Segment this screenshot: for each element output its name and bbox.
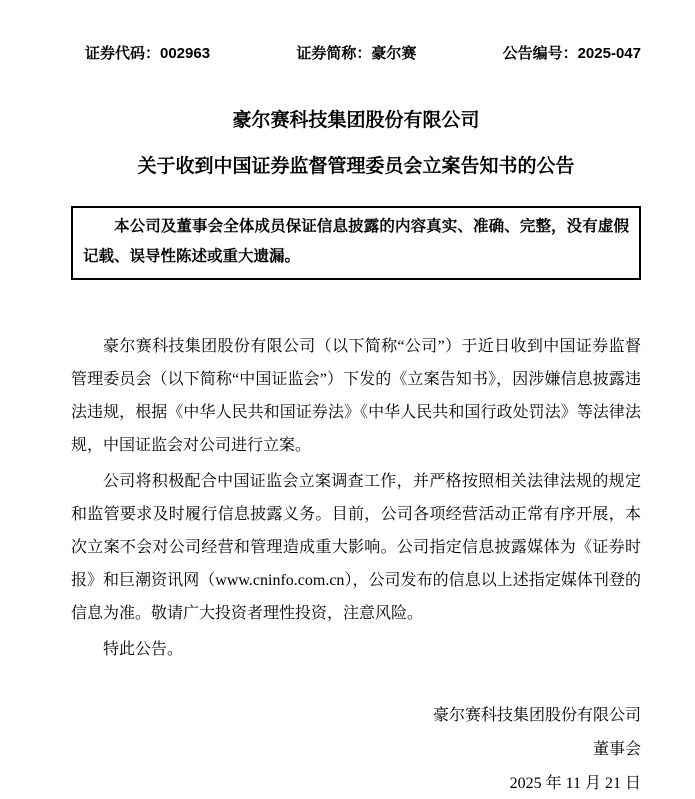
stock-code: 证券代码：002963 xyxy=(85,44,210,63)
signature-board: 董事会 xyxy=(71,733,641,767)
document-header-row: 证券代码：002963 证券简称：豪尔赛 公告编号：2025-047 xyxy=(71,44,641,63)
announcement-subtitle: 关于收到中国证券监督管理委员会立案告知书的公告 xyxy=(71,155,641,179)
body-paragraph-1: 豪尔赛科技集团股份有限公司（以下简称“公司”）于近日收到中国证券监督管理委员会（… xyxy=(71,330,641,462)
signature-date: 2025 年 11 月 21 日 xyxy=(71,767,641,799)
body-paragraph-2: 公司将积极配合中国证监会立案调查工作，并严格按照相关法律法规的规定和监管要求及时… xyxy=(71,465,641,630)
announcement-number: 公告编号：2025-047 xyxy=(503,44,641,63)
announcement-page: 证券代码：002963 证券简称：豪尔赛 公告编号：2025-047 豪尔赛科技… xyxy=(0,0,695,799)
disclaimer-text: 本公司及董事会全体成员保证信息披露的内容真实、准确、完整，没有虚假记载、误导性陈… xyxy=(83,212,629,272)
document-body: 豪尔赛科技集团股份有限公司（以下简称“公司”）于近日收到中国证券监督管理委员会（… xyxy=(71,330,641,666)
signature-block: 豪尔赛科技集团股份有限公司 董事会 2025 年 11 月 21 日 xyxy=(71,699,641,799)
company-title: 豪尔赛科技集团股份有限公司 xyxy=(71,109,641,133)
closing-paragraph: 特此公告。 xyxy=(71,633,641,666)
signature-company: 豪尔赛科技集团股份有限公司 xyxy=(71,699,641,733)
stock-name: 证券简称：豪尔赛 xyxy=(296,44,416,63)
disclaimer-box: 本公司及董事会全体成员保证信息披露的内容真实、准确、完整，没有虚假记载、误导性陈… xyxy=(71,206,641,280)
